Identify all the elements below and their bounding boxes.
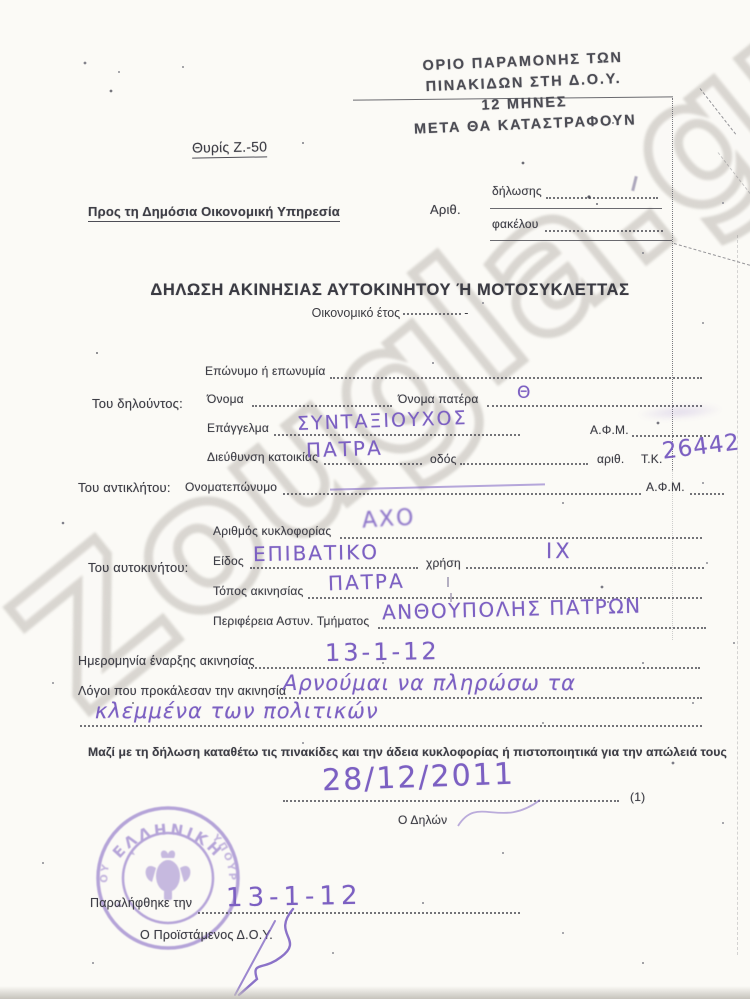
immobility-place-label: Τόπος ακινησίας — [213, 584, 304, 598]
postal-code-label: Τ.Κ. — [641, 452, 662, 466]
fiscal-year-line: Οικονομικό έτος- — [95, 306, 685, 320]
vehicle-kind-label: Είδος — [213, 554, 244, 568]
declarant-signature-label: Ο Δηλών — [398, 813, 447, 827]
handwritten-registration: ΑΧΟ — [361, 505, 416, 534]
declarant-signature-scribble — [452, 788, 547, 836]
handwritten-reason-line1: Αρνούμαι να πληρώσω τα — [283, 671, 576, 695]
declaration-number-label: δήλωσης — [492, 184, 542, 198]
vehicle-use-field — [466, 567, 704, 569]
address-field — [324, 463, 422, 465]
scan-scratch-top-right — [700, 88, 736, 134]
folder-number-label: φακέλου — [492, 217, 539, 231]
address-label: Διεύθυνση κατοικίας — [207, 450, 318, 464]
fiscal-year-field — [403, 312, 461, 315]
scan-noise-speckles — [0, 0, 2, 2]
received-label: Παραλήφθηκε την — [90, 896, 192, 910]
agent-afm-label: Α.Φ.Μ. — [646, 480, 685, 494]
fiscal-year-label: Οικονομικό έτος — [312, 306, 401, 320]
agent-fullname-label: Ονοματεπώνυμο — [185, 480, 277, 494]
form-code: Θυρίς Ζ.-50 — [192, 138, 267, 158]
plates-retention-stamp: ΟΡΙΟ ΠΑΡΑΜΟΝΗΣ ΤΩΝ ΠΙΝΑΚΙΔΩΝ ΣΤΗ Δ.Ο.Υ. … — [366, 46, 681, 143]
profession-label: Επάγγελμα — [207, 421, 269, 435]
street-label: οδός — [430, 452, 457, 466]
surname-label: Επώνυμο ή επωνυμία — [205, 364, 325, 378]
folder-number-rule — [490, 240, 672, 241]
reasons-field-line2 — [80, 725, 702, 727]
recipient-line: Προς τη Δημόσια Οικονομική Υπηρεσία — [88, 204, 340, 222]
agent-afm-field — [690, 493, 724, 495]
footnote-marker: (1) — [630, 790, 645, 804]
vehicle-section-label: Του αυτοκινήτου: — [88, 560, 189, 575]
vehicle-use-label: χρήση — [426, 556, 461, 570]
agent-fullname-field — [283, 493, 641, 495]
declaration-date-field — [283, 800, 619, 802]
registration-label: Αριθμός κυκλοφορίας — [213, 524, 331, 538]
handwritten-immobility-place: ΠΑΤΡΑ — [328, 569, 405, 596]
handwritten-strike-line — [330, 483, 545, 490]
scan-scratch-top-right-2 — [718, 152, 750, 201]
declarant-section-label: Του δηλούντος: — [92, 396, 183, 411]
start-date-field — [248, 667, 700, 669]
reasons-label: Λόγοι που προκάλεσαν την ακινησία — [78, 684, 286, 698]
father-name-label: Όνομα πατέρα — [398, 392, 478, 406]
handwritten-profession: ΣΥΝΤΑΞΙΟΥΧΟΣ — [297, 407, 468, 435]
police-district-field — [378, 627, 706, 629]
police-district-label: Περιφέρεια Αστυν. Τμήματος — [213, 614, 369, 628]
handwritten-start-date: 13-1-12 — [325, 637, 440, 667]
agent-section-label: Του αντικλήτου: — [78, 480, 171, 495]
fiscal-year-suffix: - — [464, 306, 468, 320]
declaration-number-rule — [490, 208, 662, 209]
page-edge-line — [737, 235, 738, 955]
name-field — [252, 405, 392, 407]
scanned-declaration-form: Zougla.gr ΟΡΙΟ ΠΑΡΑΜΟΝΗΣ ΤΩΝ ΠΙΝΑΚΙΔΩΝ Σ… — [0, 0, 750, 999]
handwritten-address: ΠΑΤΡΑ — [306, 436, 383, 463]
form-title: ΔΗΛΩΣΗ ΑΚΙΝΗΣΙΑΣ ΑΥΤΟΚΙΝΗΤΟΥ Ή ΜΟΤΟΣΥΚΛΕ… — [95, 281, 685, 300]
surname-field — [330, 377, 702, 379]
head-of-office-signature — [205, 903, 335, 998]
declaration-number-field — [546, 197, 658, 199]
scan-fold-vertical-line-faint — [672, 470, 673, 640]
attachment-note: Μαζί με τη δήλωση καταθέτω τις πινακίδες… — [88, 745, 727, 759]
handwritten-reason-line2: κλεμμένα των πολιτικών — [95, 699, 379, 723]
scanner-bottom-shadow — [0, 986, 750, 999]
handwritten-mark-declaration-number — [631, 176, 637, 191]
start-date-label: Ημερομηνία έναρξης ακινησίας — [78, 654, 255, 668]
name-label: Όνομα — [207, 392, 244, 406]
handwritten-father-name: Θ — [517, 383, 530, 403]
handwritten-tick-mark — [447, 577, 449, 587]
svg-text:ΟΥ: ΟΥ — [99, 862, 112, 883]
handwritten-vehicle-use: ΙΧ — [546, 539, 573, 563]
street-field — [460, 463, 588, 465]
scan-fold-diagonal — [674, 243, 750, 267]
declarant-afm-label: Α.Φ.Μ. — [590, 423, 629, 437]
handwritten-vehicle-kind: ΕΠΙΒΑΤΙΚΟ — [253, 540, 379, 566]
stamp-arc-text-left: ΟΥ — [99, 862, 112, 883]
registration-field — [340, 537, 702, 539]
street-number-label: αριθ. — [597, 452, 624, 466]
folder-number-field — [545, 230, 663, 232]
number-label: Αριθ. — [430, 202, 461, 217]
